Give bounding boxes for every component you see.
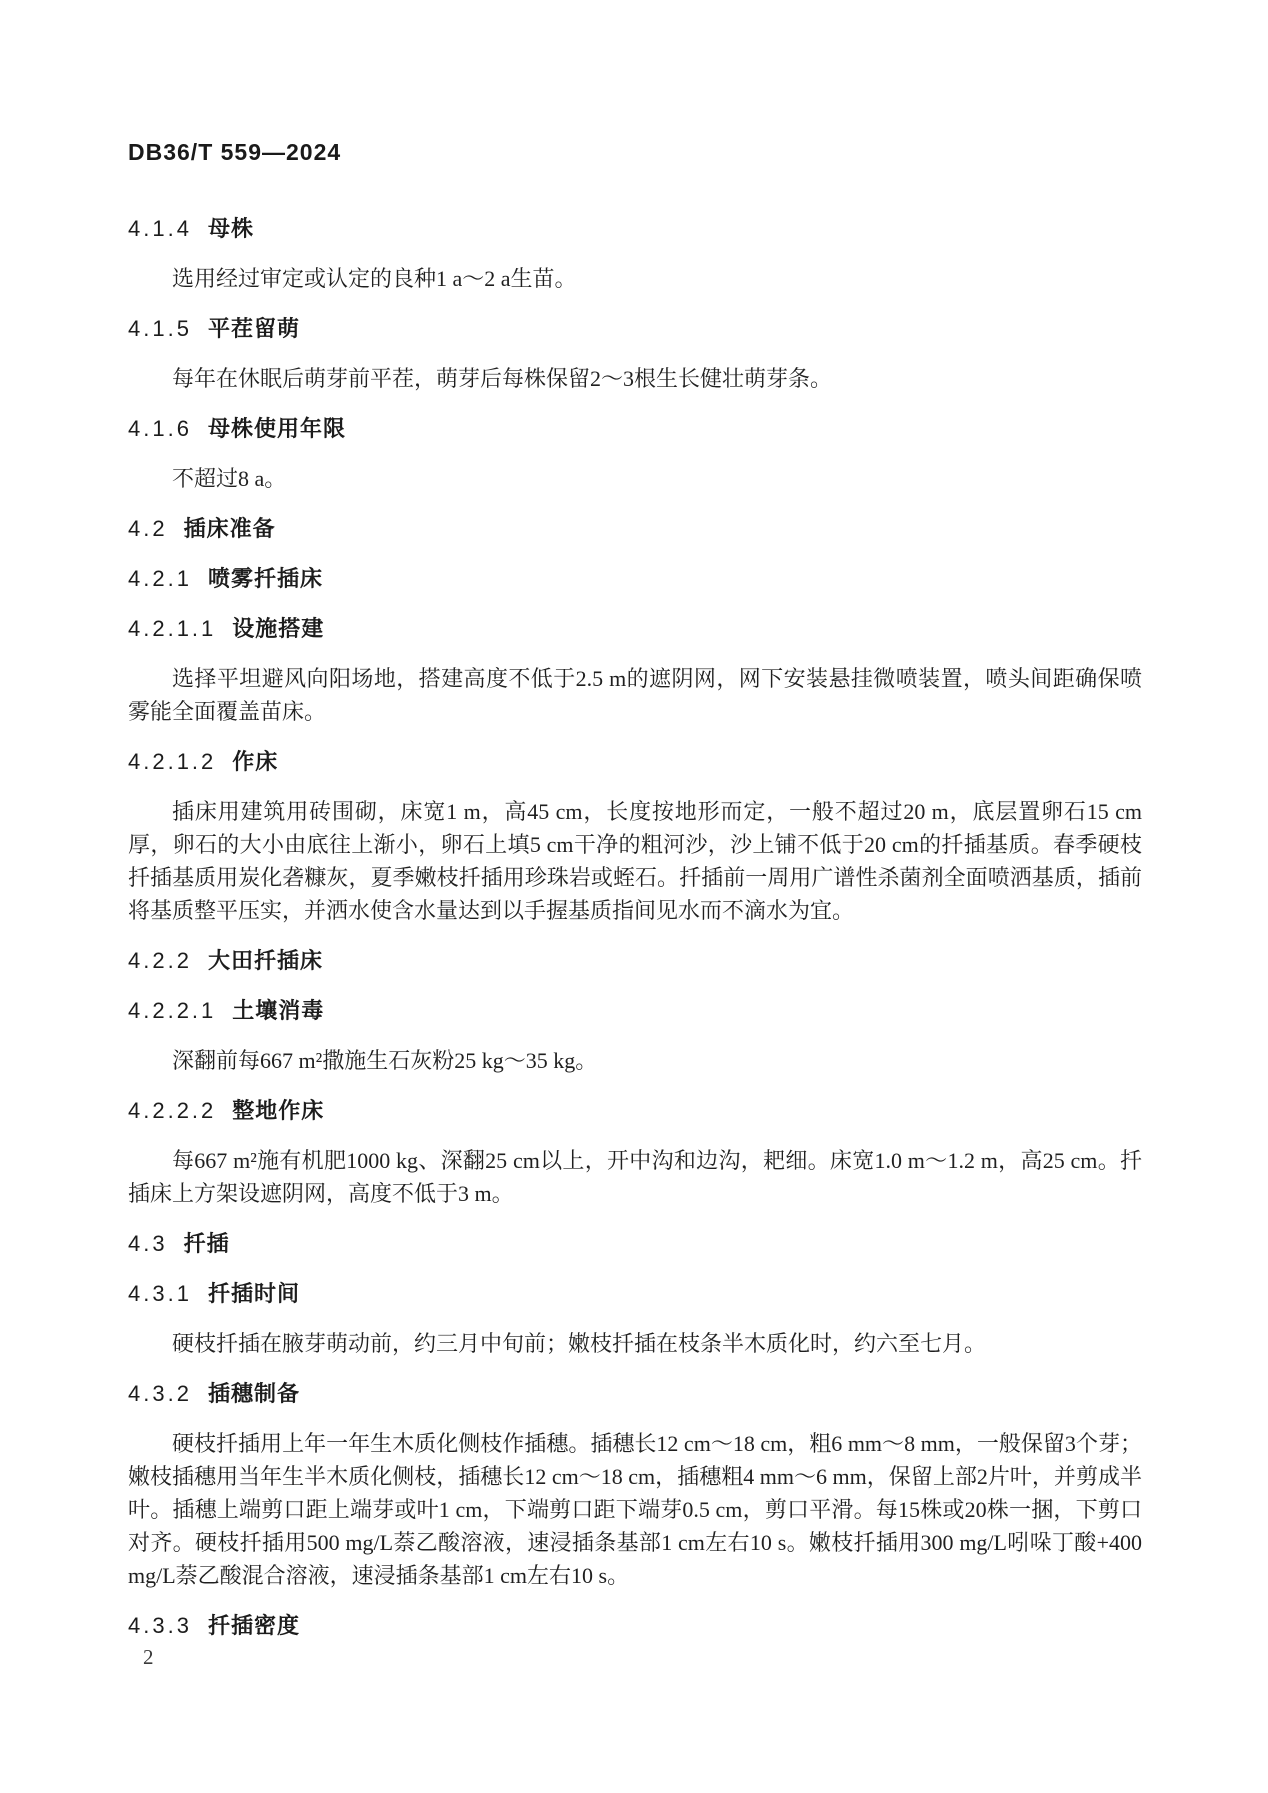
- section-title: 整地作床: [232, 1098, 324, 1123]
- section-number: 4.2.1.2: [128, 749, 216, 774]
- section-title: 插床准备: [184, 516, 276, 541]
- section-title: 大田扦插床: [208, 948, 323, 973]
- heading-4-3-1: 4.3.1扦插时间: [128, 1277, 1142, 1310]
- paragraph: 硬枝扦插用上年一年生木质化侧枝作插穗。插穗长12 cm～18 cm，粗6 mm～…: [128, 1427, 1142, 1592]
- section-title: 平茬留萌: [208, 316, 300, 341]
- section-title: 设施搭建: [232, 616, 324, 641]
- standard-code-header: DB36/T 559—2024: [128, 136, 1142, 169]
- heading-4-2-2: 4.2.2大田扦插床: [128, 944, 1142, 977]
- heading-4-2-2-1: 4.2.2.1土壤消毒: [128, 994, 1142, 1027]
- heading-4-3-2: 4.3.2插穗制备: [128, 1377, 1142, 1410]
- heading-4-1-5: 4.1.5平茬留萌: [128, 312, 1142, 345]
- section-title: 插穗制备: [208, 1381, 300, 1406]
- section-title: 扦插: [184, 1231, 230, 1256]
- page-content: DB36/T 559—2024 4.1.4母株 选用经过审定或认定的良种1 a～…: [128, 136, 1142, 1659]
- section-number: 4.2.1: [128, 566, 192, 591]
- section-title: 扦插时间: [208, 1281, 300, 1306]
- section-number: 4.1.5: [128, 316, 192, 341]
- section-number: 4.2.2.2: [128, 1098, 216, 1123]
- section-title: 母株: [208, 216, 254, 241]
- paragraph: 选用经过审定或认定的良种1 a～2 a生苗。: [128, 262, 1142, 295]
- section-number: 4.2.2: [128, 948, 192, 973]
- section-number: 4.1.4: [128, 216, 192, 241]
- section-number: 4.2.1.1: [128, 616, 216, 641]
- section-title: 作床: [232, 749, 278, 774]
- heading-4-2-1-1: 4.2.1.1设施搭建: [128, 612, 1142, 645]
- section-title: 扦插密度: [208, 1613, 300, 1638]
- paragraph: 硬枝扦插在腋芽萌动前，约三月中旬前；嫩枝扦插在枝条半木质化时，约六至七月。: [128, 1327, 1142, 1360]
- paragraph: 插床用建筑用砖围砌，床宽1 m，高45 cm，长度按地形而定，一般不超过20 m…: [128, 795, 1142, 927]
- page-number: 2: [143, 1645, 154, 1670]
- paragraph: 选择平坦避风向阳场地，搭建高度不低于2.5 m的遮阴网，网下安装悬挂微喷装置，喷…: [128, 662, 1142, 728]
- heading-4-2-2-2: 4.2.2.2整地作床: [128, 1094, 1142, 1127]
- heading-4-3: 4.3扦插: [128, 1227, 1142, 1260]
- section-number: 4.3.1: [128, 1281, 192, 1306]
- section-number: 4.2.2.1: [128, 998, 216, 1023]
- document-page: DB36/T 559—2024 4.1.4母株 选用经过审定或认定的良种1 a～…: [0, 0, 1268, 1793]
- heading-4-2-1-2: 4.2.1.2作床: [128, 745, 1142, 778]
- heading-4-2: 4.2插床准备: [128, 512, 1142, 545]
- section-number: 4.3.2: [128, 1381, 192, 1406]
- section-number: 4.2: [128, 516, 168, 541]
- section-title: 母株使用年限: [208, 416, 346, 441]
- heading-4-1-6: 4.1.6母株使用年限: [128, 412, 1142, 445]
- section-title: 土壤消毒: [232, 998, 324, 1023]
- paragraph: 不超过8 a。: [128, 462, 1142, 495]
- section-number: 4.1.6: [128, 416, 192, 441]
- paragraph: 每年在休眠后萌芽前平茬，萌芽后每株保留2～3根生长健壮萌芽条。: [128, 362, 1142, 395]
- heading-4-2-1: 4.2.1喷雾扦插床: [128, 562, 1142, 595]
- section-number: 4.3: [128, 1231, 168, 1256]
- paragraph: 深翻前每667 m²撒施生石灰粉25 kg～35 kg。: [128, 1044, 1142, 1077]
- section-number: 4.3.3: [128, 1613, 192, 1638]
- heading-4-3-3: 4.3.3扦插密度: [128, 1609, 1142, 1642]
- paragraph: 每667 m²施有机肥1000 kg、深翻25 cm以上，开中沟和边沟，耙细。床…: [128, 1144, 1142, 1210]
- section-title: 喷雾扦插床: [208, 566, 323, 591]
- heading-4-1-4: 4.1.4母株: [128, 212, 1142, 245]
